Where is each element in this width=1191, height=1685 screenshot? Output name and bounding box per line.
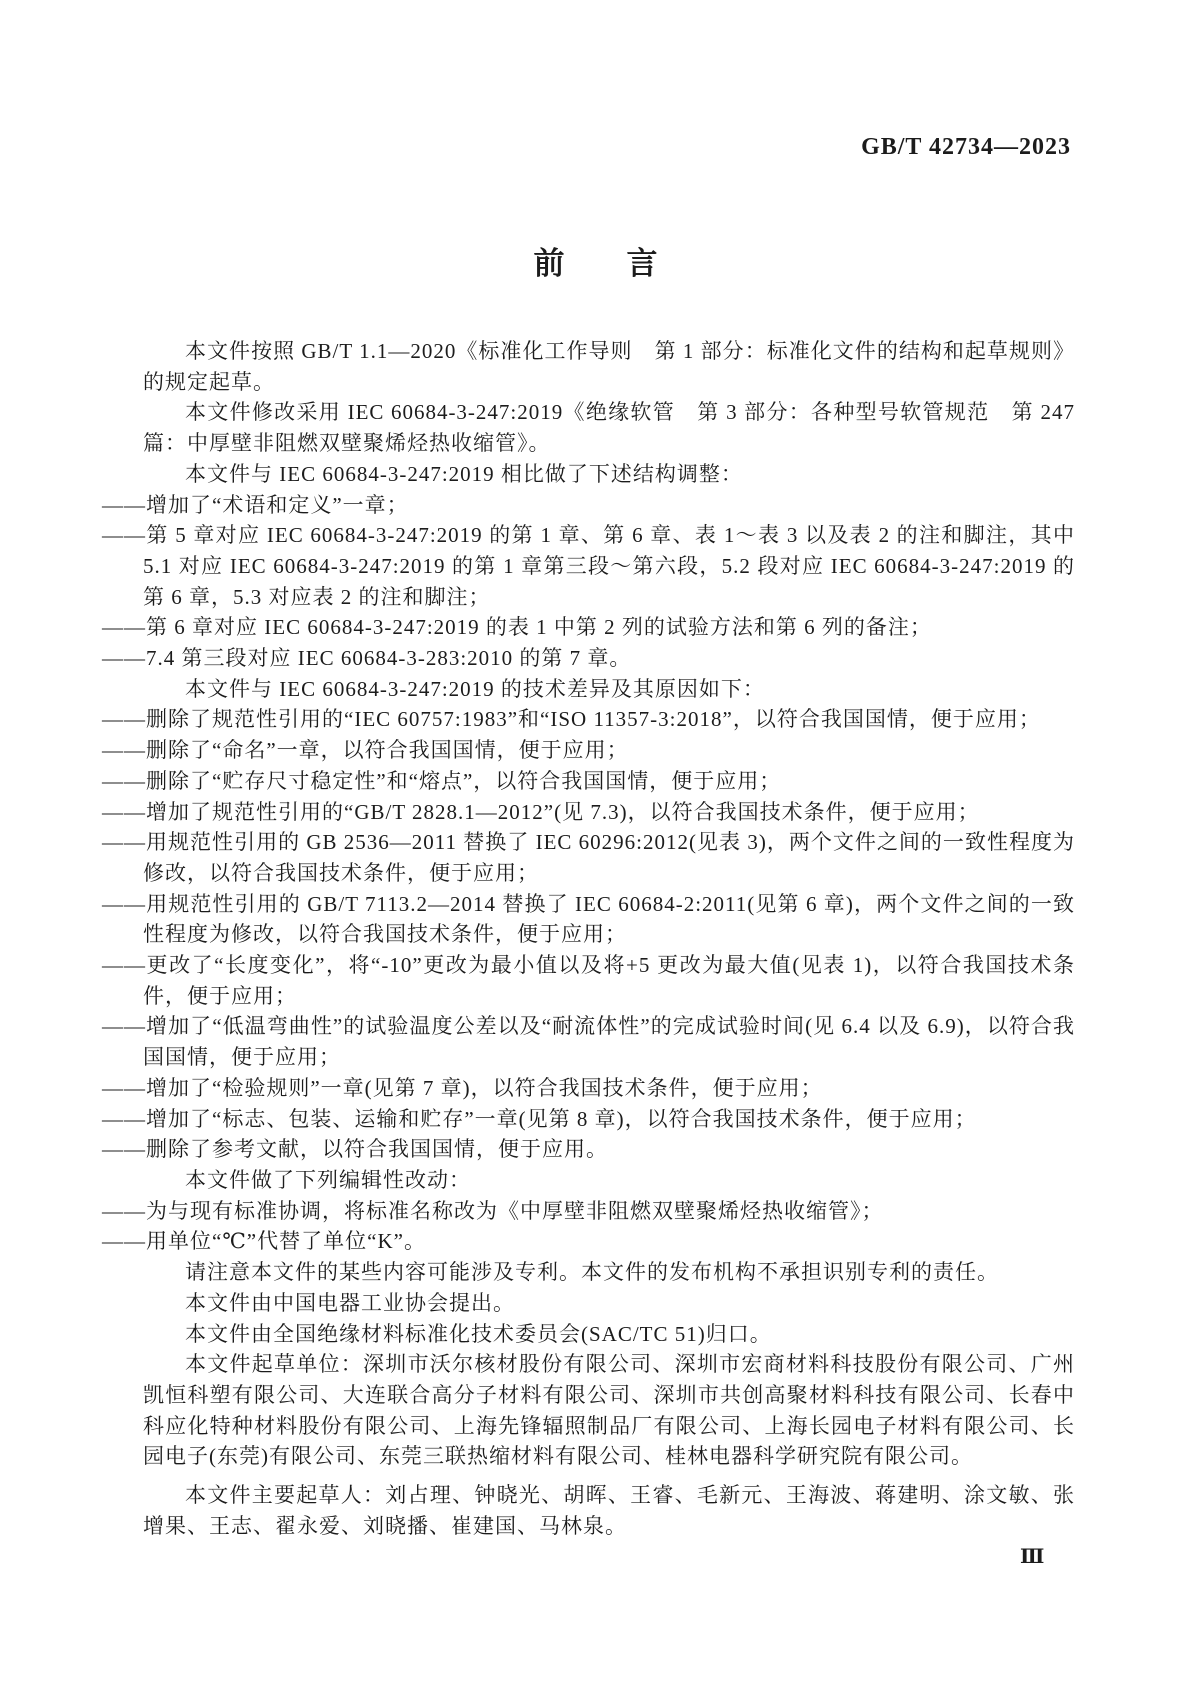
page-number: Ⅲ [1020, 1544, 1045, 1569]
dash-list-item: ——增加了规范性引用的“GB/T 2828.1—2012”(见 7.3)，以符合… [143, 797, 1075, 828]
paragraph: 本文件做了下列编辑性改动： [143, 1165, 1075, 1196]
paragraph: 本文件与 IEC 60684-3-247:2019 的技术差异及其原因如下： [143, 674, 1075, 705]
dash-list-item: ——用规范性引用的 GB/T 7113.2—2014 替换了 IEC 60684… [143, 889, 1075, 950]
dash-list-item: ——删除了参考文献，以符合我国国情，便于应用。 [143, 1134, 1075, 1165]
document-page: GB/T 42734—2023 前 言 本文件按照 GB/T 1.1—2020《… [0, 0, 1191, 1685]
dash-list-item: ——第 5 章对应 IEC 60684-3-247:2019 的第 1 章、第 … [143, 520, 1075, 612]
paragraph: 本文件起草单位：深圳市沃尔核材股份有限公司、深圳市宏商材料科技股份有限公司、广州… [143, 1349, 1075, 1472]
dash-list-item: ——第 6 章对应 IEC 60684-3-247:2019 的表 1 中第 2… [143, 612, 1075, 643]
paragraph: 本文件由中国电器工业协会提出。 [143, 1288, 1075, 1319]
dash-list-item: ——删除了规范性引用的“IEC 60757:1983”和“ISO 11357-3… [143, 704, 1075, 735]
paragraph: 本文件按照 GB/T 1.1—2020《标准化工作导则 第 1 部分：标准化文件… [143, 336, 1075, 397]
dash-list-item: ——删除了“贮存尺寸稳定性”和“熔点”，以符合我国国情，便于应用； [143, 766, 1075, 797]
paragraph: 本文件主要起草人：刘占理、钟晓光、胡晖、王睿、毛新元、王海波、蒋建明、涂文敏、张… [143, 1480, 1075, 1541]
paragraph: 本文件由全国绝缘材料标准化技术委员会(SAC/TC 51)归口。 [143, 1319, 1075, 1350]
dash-list-item: ——用单位“℃”代替了单位“K”。 [143, 1226, 1075, 1257]
dash-list-item: ——删除了“命名”一章，以符合我国国情，便于应用； [143, 735, 1075, 766]
paragraph: 本文件与 IEC 60684-3-247:2019 相比做了下述结构调整： [143, 459, 1075, 490]
dash-list-item: ——用规范性引用的 GB 2536—2011 替换了 IEC 60296:201… [143, 827, 1075, 888]
dash-list-item: ——增加了“术语和定义”一章； [143, 490, 1075, 521]
dash-list-item: ——7.4 第三段对应 IEC 60684-3-283:2010 的第 7 章。 [143, 643, 1075, 674]
dash-list-item: ——为与现有标准协调，将标准名称改为《中厚壁非阻燃双壁聚烯烃热收缩管》； [143, 1196, 1075, 1227]
paragraph: 本文件修改采用 IEC 60684-3-247:2019《绝缘软管 第 3 部分… [143, 397, 1075, 458]
dash-list-item: ——增加了“标志、包装、运输和贮存”一章(见第 8 章)，以符合我国技术条件，便… [143, 1104, 1075, 1135]
standard-number: GB/T 42734—2023 [143, 134, 1071, 161]
dash-list-item: ——增加了“检验规则”一章(见第 7 章)，以符合我国技术条件，便于应用； [143, 1073, 1075, 1104]
dash-list-item: ——更改了“长度变化”，将“-10”更改为最小值以及将+5 更改为最大值(见表 … [143, 950, 1075, 1011]
dash-list-item: ——增加了“低温弯曲性”的试验温度公差以及“耐流体性”的完成试验时间(见 6.4… [143, 1011, 1075, 1072]
foreword-body: 本文件按照 GB/T 1.1—2020《标准化工作导则 第 1 部分：标准化文件… [143, 336, 1075, 1541]
page-title: 前 言 [0, 238, 1191, 283]
paragraph: 请注意本文件的某些内容可能涉及专利。本文件的发布机构不承担识别专利的责任。 [143, 1257, 1075, 1288]
